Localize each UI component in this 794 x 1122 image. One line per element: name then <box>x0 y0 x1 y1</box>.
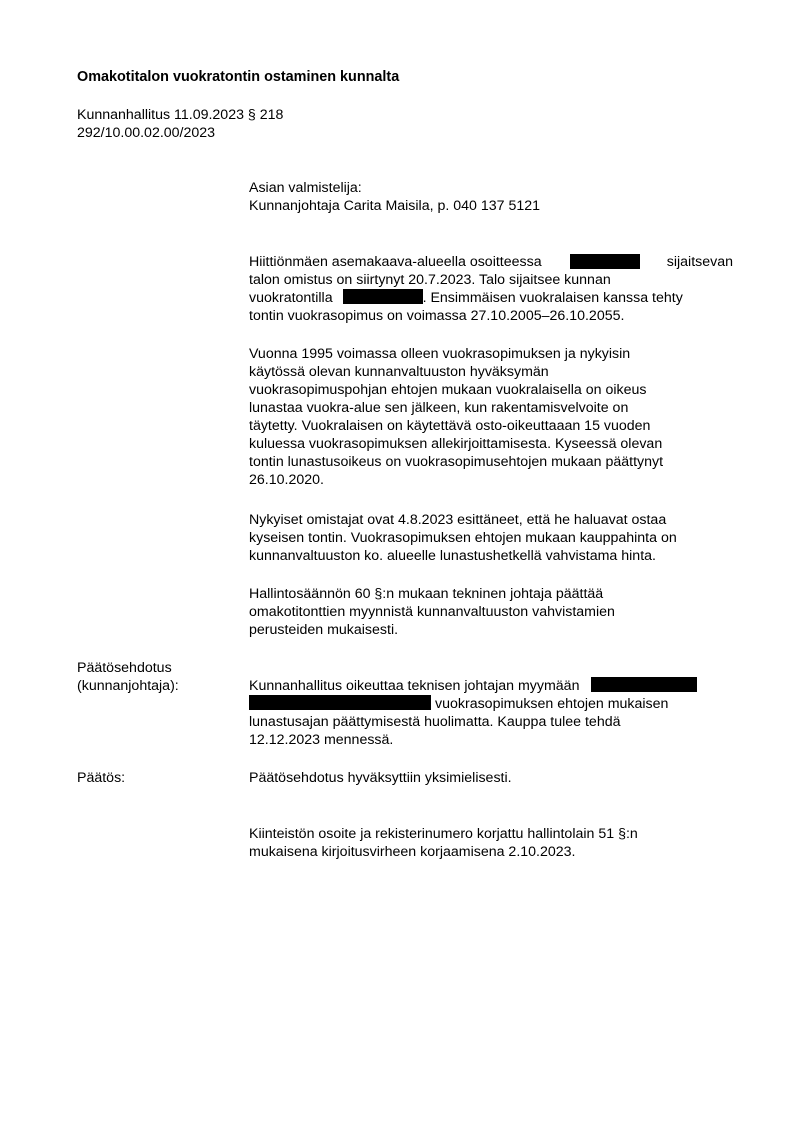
redacted-buyer <box>591 677 697 692</box>
preparer-label: Asian valmistelija: <box>249 179 362 197</box>
proposal-line4: 12.12.2023 mennessä. <box>249 731 697 749</box>
p1-line2: talon omistus on siirtynyt 20.7.2023. Ta… <box>249 271 733 289</box>
p2-line: vuokrasopimuspohjan ehtojen mukaan vuokr… <box>249 381 663 399</box>
paragraph-regulation: Hallintosäännön 60 §:n mukaan tekninen j… <box>249 585 615 639</box>
p4-line: Hallintosäännön 60 §:n mukaan tekninen j… <box>249 585 615 603</box>
proposal-line2: vuokrasopimuksen ehtojen mukaisen <box>435 696 668 712</box>
p2-line: Vuonna 1995 voimassa olleen vuokrasopimu… <box>249 345 663 363</box>
paragraph-purchase-right: Vuonna 1995 voimassa olleen vuokrasopimu… <box>249 345 663 489</box>
correction-line: mukaisena kirjoitusvirheen korjaamisena … <box>249 843 638 861</box>
meeting-line: Kunnanhallitus 11.09.2023 § 218 <box>77 106 283 124</box>
decision-text: Päätösehdotus hyväksyttiin yksimielisest… <box>249 769 512 787</box>
proposal-text: Kunnanhallitus oikeuttaa teknisen johtaj… <box>249 677 697 749</box>
p2-line: käytössä olevan kunnanvaltuuston hyväksy… <box>249 363 663 381</box>
p1-line1-start: Hiittiönmäen asemakaava-alueella osoitte… <box>249 253 542 271</box>
proposal-label: Päätösehdotus (kunnanjohtaja): <box>77 659 179 695</box>
p2-line: täytetty. Vuokralaisen on käytettävä ost… <box>249 417 663 435</box>
paragraph-current-owners: Nykyiset omistajat ovat 4.8.2023 esittän… <box>249 511 677 565</box>
p3-line: kyseisen tontin. Vuokrasopimuksen ehtoje… <box>249 529 677 547</box>
preparer: Kunnanjohtaja Carita Maisila, p. 040 137… <box>249 197 540 215</box>
p2-line: tontin lunastusoikeus on vuokrasopimuseh… <box>249 453 663 471</box>
p3-line: kunnanvaltuuston ko. alueelle lunastushe… <box>249 547 677 565</box>
redacted-address <box>570 254 640 269</box>
correction-note: Kiinteistön osoite ja rekisterinumero ko… <box>249 825 638 861</box>
proposal-line1: Kunnanhallitus oikeuttaa teknisen johtaj… <box>249 678 579 694</box>
p1-line3-start: vuokratontilla <box>249 290 333 306</box>
paragraph-background: Hiittiönmäen asemakaava-alueella osoitte… <box>249 253 733 325</box>
document-title: Omakotitalon vuokratontin ostaminen kunn… <box>77 68 399 86</box>
proposal-label-line1: Päätösehdotus <box>77 659 179 677</box>
decision-label: Päätös: <box>77 769 125 787</box>
redacted-property <box>249 695 431 710</box>
proposal-label-line2: (kunnanjohtaja): <box>77 677 179 695</box>
p1-line3-end: . Ensimmäisen vuokralaisen kanssa tehty <box>423 290 683 306</box>
proposal-line3: lunastusajan päättymisestä huolimatta. K… <box>249 713 697 731</box>
record-number: 292/10.00.02.00/2023 <box>77 124 215 142</box>
correction-line: Kiinteistön osoite ja rekisterinumero ko… <box>249 825 638 843</box>
p3-line: Nykyiset omistajat ovat 4.8.2023 esittän… <box>249 511 677 529</box>
redacted-property-id <box>343 289 423 304</box>
p1-line1-end: sijaitsevan <box>667 253 733 271</box>
p2-line: lunastaa vuokra-alue sen jälkeen, kun ra… <box>249 399 663 417</box>
p1-line4: tontin vuokrasopimus on voimassa 27.10.2… <box>249 307 733 325</box>
p4-line: perusteiden mukaisesti. <box>249 621 615 639</box>
p2-line: 26.10.2020. <box>249 471 663 489</box>
p2-line: kuluessa vuokrasopimuksen allekirjoittam… <box>249 435 663 453</box>
p4-line: omakotitonttien myynnistä kunnanvaltuust… <box>249 603 615 621</box>
